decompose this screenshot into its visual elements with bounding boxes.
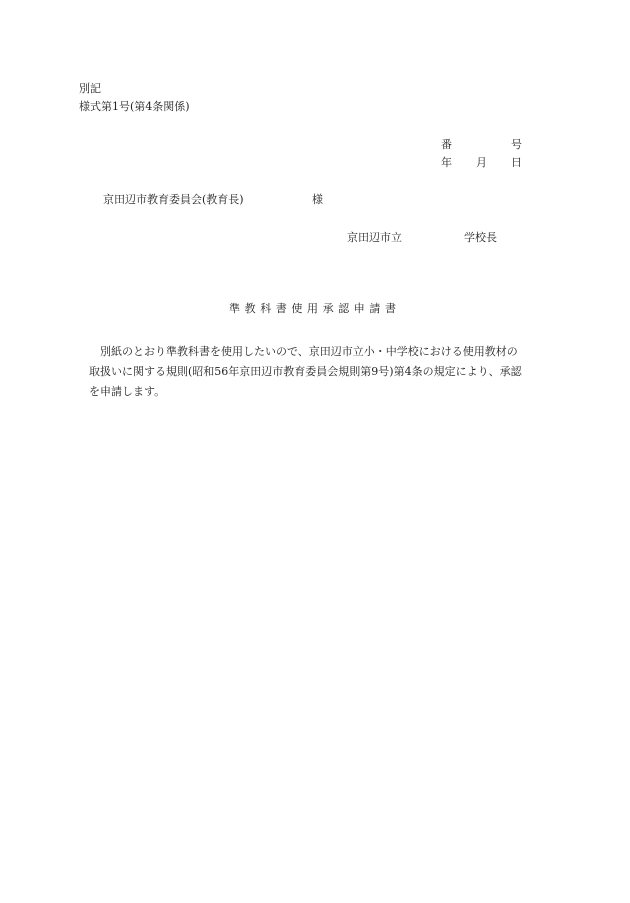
addressee-name: 京田辺市教育委員会(教育長) (103, 194, 244, 205)
body-line-1: 別紙のとおり準教科書を使用したいので、京田辺市立小・中学校における使用教材の (89, 342, 551, 362)
addressee-honorific: 様 (312, 194, 323, 205)
sender-school-prefix: 京田辺市立 (347, 232, 402, 243)
form-number: 様式第1号(第4条関係) (79, 101, 190, 112)
document-body: 別紙のとおり準教科書を使用したいので、京田辺市立小・中学校における使用教材の 取… (89, 342, 551, 402)
date-year-label: 年 (441, 157, 452, 168)
document-title: 準教科書使用承認申請書 (229, 303, 401, 314)
date-day-label: 日 (511, 157, 522, 168)
body-line-2: 取扱いに関する規則(昭和56年京田辺市教育委員会規則第9号)第4条の規定により、… (89, 362, 551, 382)
body-line-3: を申請します。 (89, 382, 551, 402)
number-label-ban: 番 (441, 139, 452, 150)
appendix-label: 別記 (79, 83, 101, 94)
date-month-label: 月 (476, 157, 487, 168)
number-label-go: 号 (511, 139, 522, 150)
sender-principal-title: 学校長 (464, 232, 497, 243)
